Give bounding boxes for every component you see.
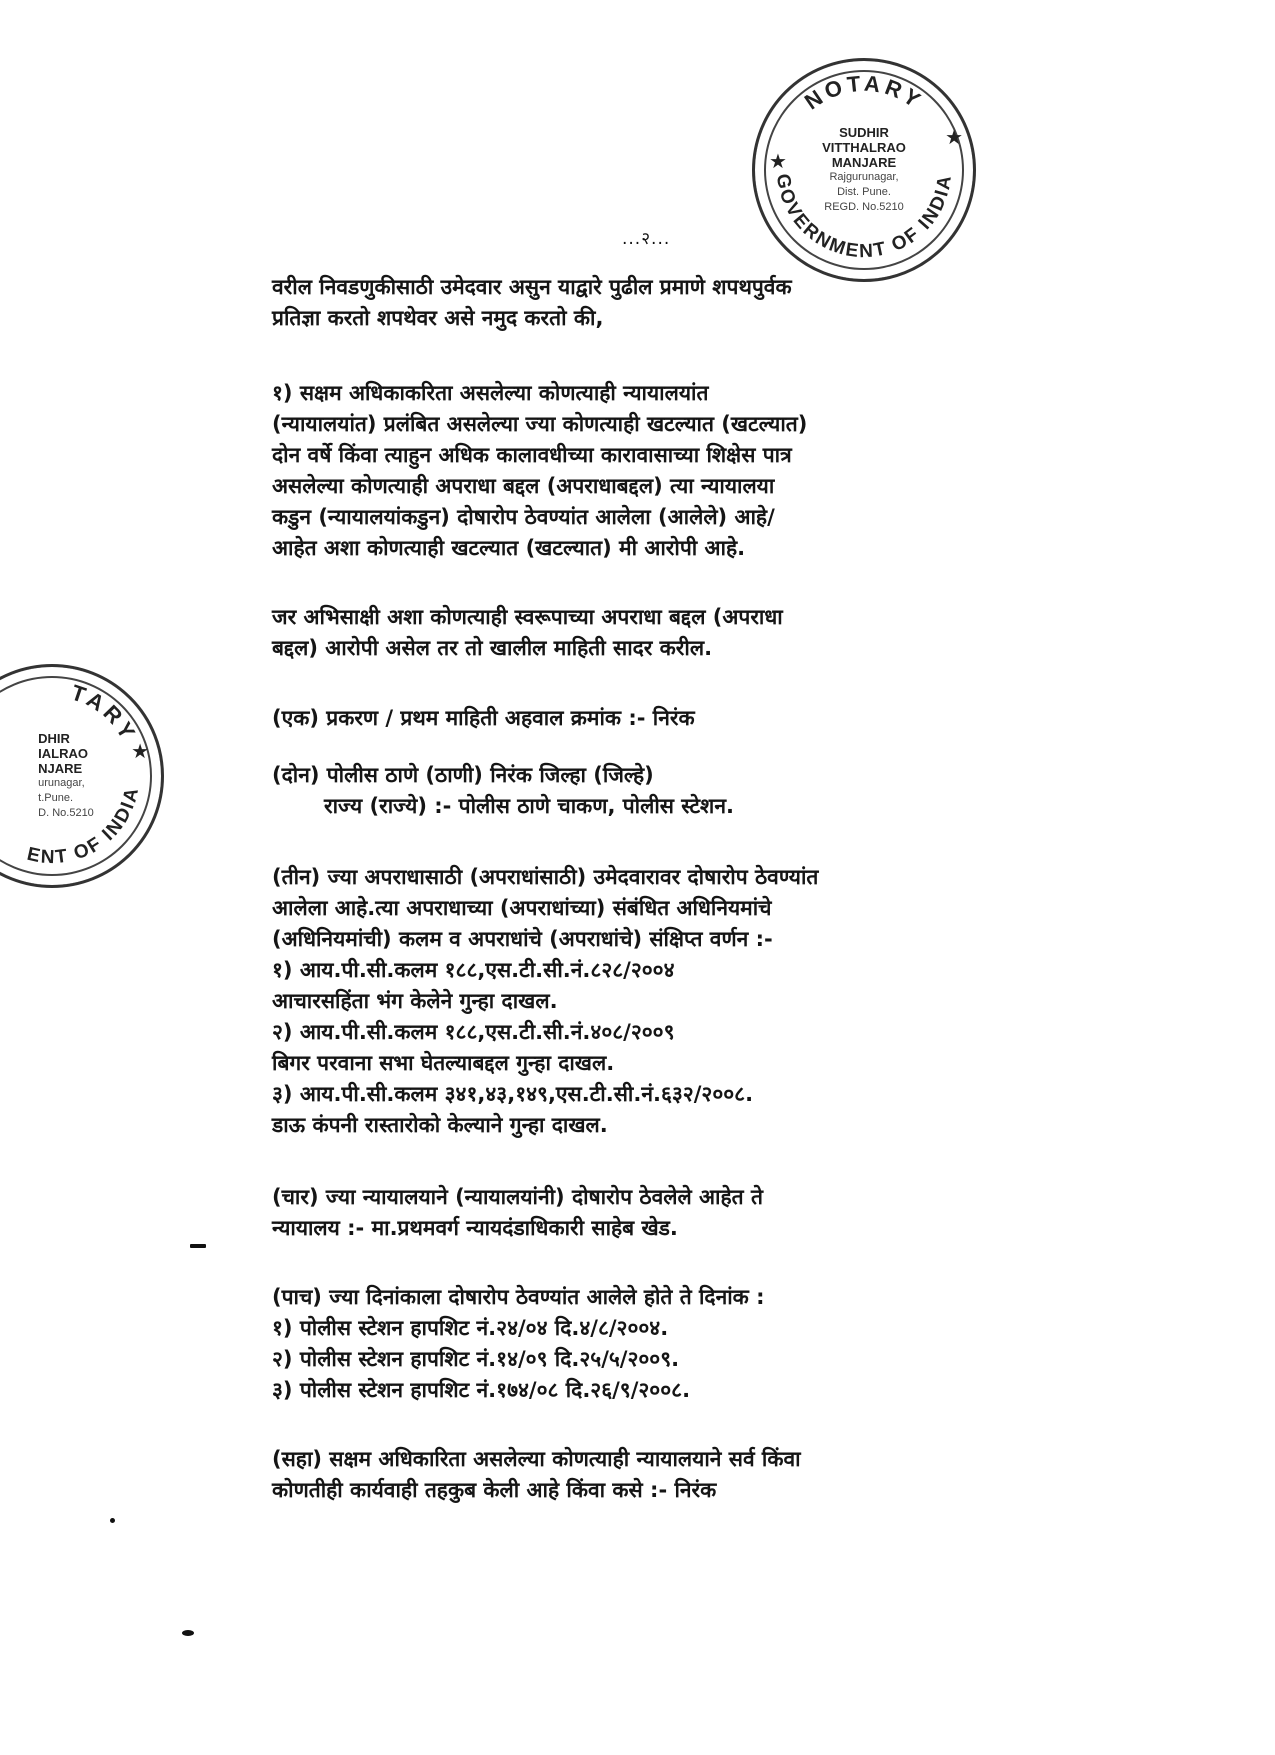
notary-name-1: SUDHIR: [799, 125, 929, 140]
item-one: (एक) प्रकरण / प्रथम माहिती अहवाल क्रमांक…: [272, 703, 1004, 734]
stamp-details: SUDHIR VITTHALRAO MANJARE Rajgurunagar, …: [799, 125, 929, 215]
notary-stamp: NOTARY GOVERNMENT OF INDIA ★ ★ SUDHIR VI…: [752, 58, 976, 282]
witness-paragraph: जर अभिसाक्षी अशा कोणत्याही स्वरूपाच्या अ…: [272, 602, 1004, 664]
text-line: (चार) ज्या न्यायालयाने (न्यायालयांनी) दो…: [272, 1182, 1004, 1213]
notary-regd-number: REGD. No.5210: [799, 200, 929, 215]
text-line: कोणतीही कार्यवाही तहकुब केली आहे किंवा क…: [272, 1475, 1004, 1506]
text-line: जर अभिसाक्षी अशा कोणत्याही स्वरूपाच्या अ…: [272, 602, 1004, 633]
svg-text:NOTARY: NOTARY: [800, 71, 928, 115]
text-line: दोन वर्षे किंवा त्याहुन अधिक कालावधीच्या…: [272, 440, 1004, 471]
text-line: (न्यायालयांत) प्रलंबित असलेल्या ज्या कोण…: [272, 409, 1004, 440]
text-line: प्रतिज्ञा करतो शपथेवर असे नमुद करतो की,: [272, 303, 1004, 334]
text-line: १) सक्षम अधिकाकरिता असलेल्या कोणत्याही न…: [272, 378, 1004, 409]
page-number: ...२...: [622, 226, 670, 249]
clause-1: १) सक्षम अधिकाकरिता असलेल्या कोणत्याही न…: [272, 378, 1004, 564]
offence-section: ३) आय.पी.सी.कलम ३४१,४३,१४९,एस.टी.सी.नं.६…: [272, 1079, 1004, 1110]
notary-name-1: DHIR: [38, 731, 118, 746]
notary-stamp-partial: TARY ENT OF INDIA ★ DHIR IALRAO NJARE ur…: [0, 664, 164, 888]
star-icon: ★: [945, 125, 963, 149]
text-line: (तीन) ज्या अपराधासाठी (अपराधांसाठी) उमेद…: [272, 862, 1004, 893]
star-icon: ★: [131, 739, 149, 763]
date-entry: १) पोलीस स्टेशन हापशिट नं.२४/०४ दि.४/८/२…: [272, 1313, 1004, 1344]
notary-regd-number: D. No.5210: [38, 806, 118, 821]
text-line: कडुन (न्यायालयांकडुन) दोषारोप ठेवण्यांत …: [272, 502, 1004, 533]
item-six: (सहा) सक्षम अधिकारिता असलेल्या कोणत्याही…: [272, 1444, 1004, 1506]
offence-description: आचारसहिंता भंग केलेने गुन्हा दाखल.: [272, 986, 1004, 1017]
offence-description: डाऊ कंपनी रास्तारोको केल्याने गुन्हा दाख…: [272, 1110, 1004, 1141]
text-line: (दोन) पोलीस ठाणे (ठाणी) निरंक जिल्हा (जि…: [272, 760, 1004, 791]
scan-speck: [190, 1244, 206, 1248]
offence-section: १) आय.पी.सी.कलम १८८,एस.टी.सी.नं.८२८/२००४: [272, 955, 1004, 986]
notary-place: urunagar,: [38, 776, 118, 791]
notary-place: Rajgurunagar,: [799, 170, 929, 185]
text-line: (एक) प्रकरण / प्रथम माहिती अहवाल क्रमांक…: [272, 703, 1004, 734]
notary-district: Dist. Pune.: [799, 185, 929, 200]
notary-name-2: IALRAO: [38, 746, 118, 761]
text-line: राज्य (राज्ये) :- पोलीस ठाणे चाकण, पोलीस…: [272, 791, 1004, 822]
star-icon: ★: [769, 149, 787, 173]
scan-speck: [182, 1630, 194, 1636]
text-line: (अधिनियमांची) कलम व अपराधांचे (अपराधांचे…: [272, 924, 1004, 955]
notary-name-3: NJARE: [38, 761, 118, 776]
scan-speck: [110, 1518, 115, 1523]
intro-paragraph: वरील निवडणुकीसाठी उमेदवार असुन याद्वारे …: [272, 272, 1004, 334]
text-line: आलेला आहे.त्या अपराधाच्या (अपराधांच्या) …: [272, 893, 1004, 924]
date-entry: ३) पोलीस स्टेशन हापशिट नं.१७४/०८ दि.२६/९…: [272, 1375, 1004, 1406]
text-line: बद्दल) आरोपी असेल तर तो खालील माहिती साद…: [272, 633, 1004, 664]
notary-name-2: VITTHALRAO: [799, 140, 929, 155]
item-four: (चार) ज्या न्यायालयाने (न्यायालयांनी) दो…: [272, 1182, 1004, 1244]
stamp-details: DHIR IALRAO NJARE urunagar, t.Pune. D. N…: [38, 731, 118, 821]
date-entry: २) पोलीस स्टेशन हापशिट नं.१४/०९ दि.२५/५/…: [272, 1344, 1004, 1375]
text-line: आहेत अशा कोणत्याही खटल्यात (खटल्यात) मी …: [272, 533, 1004, 564]
text-line: (सहा) सक्षम अधिकारिता असलेल्या कोणत्याही…: [272, 1444, 1004, 1475]
offence-section: २) आय.पी.सी.कलम १८८,एस.टी.सी.नं.४०८/२००९: [272, 1017, 1004, 1048]
notary-name-3: MANJARE: [799, 155, 929, 170]
item-three: (तीन) ज्या अपराधासाठी (अपराधांसाठी) उमेद…: [272, 862, 1004, 1141]
text-line: न्यायालय :- मा.प्रथमवर्ग न्यायदंडाधिकारी…: [272, 1213, 1004, 1244]
text-line: असलेल्या कोणत्याही अपराधा बद्दल (अपराधाब…: [272, 471, 1004, 502]
item-five: (पाच) ज्या दिनांकाला दोषारोप ठेवण्यांत आ…: [272, 1282, 1004, 1406]
item-two: (दोन) पोलीस ठाणे (ठाणी) निरंक जिल्हा (जि…: [272, 760, 1004, 822]
text-line: वरील निवडणुकीसाठी उमेदवार असुन याद्वारे …: [272, 272, 1004, 303]
offence-description: बिगर परवाना सभा घेतल्याबद्दल गुन्हा दाखल…: [272, 1048, 1004, 1079]
notary-district: t.Pune.: [38, 791, 118, 806]
text-line: (पाच) ज्या दिनांकाला दोषारोप ठेवण्यांत आ…: [272, 1282, 1004, 1313]
